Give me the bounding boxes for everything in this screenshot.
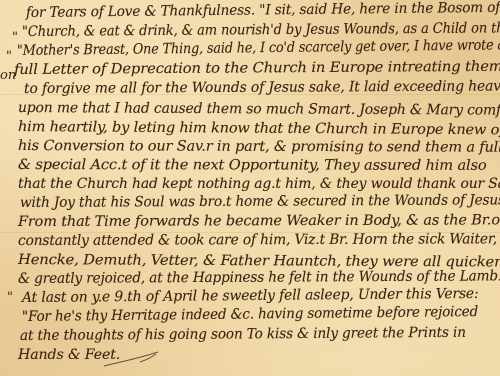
manuscript-line: to forgive me all for the Wounds of Jesu… [24,78,500,97]
manuscript-line: & greatly rejoiced, at the Happiness he … [18,268,500,287]
manuscript-line: From that Time forwards he became Weaker… [18,212,500,230]
manuscript-line: "Mother's Breast, One Thing, said he, I … [17,37,500,59]
manuscript-line: for Tears of Love & Thankfulness. "I sit… [26,0,500,21]
manuscript-page: " " on " for Tears of Love & Thankfulnes… [0,0,500,376]
margin-quote-mark: " [7,290,13,305]
manuscript-line: his Conversion to our Sav.r in part, & p… [18,138,500,156]
manuscript-line: constantly attended & took care of him, … [18,231,497,249]
manuscript-line: that the Church had kept nothing ag.t hi… [18,176,500,192]
manuscript-line: "Church, & eat & drink, & am nourish'd b… [22,20,500,40]
manuscript-line: Hencke, Demuth, Vetter, & Father Hauntch… [18,252,500,270]
manuscript-line: at the thoughts of his going soon To kis… [20,325,466,344]
manuscript-line: with Joy that his Soul was bro.t home & … [20,192,500,211]
manuscript-line: upon me that I had caused them so much S… [18,100,500,119]
margin-quote-mark: " [6,49,12,64]
ink-flourish [100,340,170,370]
manuscript-line: At last on y.e 9.th of April he sweetly … [22,286,479,306]
manuscript-line: "For he's thy Herritage indeed &c. havin… [22,304,478,325]
manuscript-line: full Letter of Deprecation to the Church… [14,59,500,78]
manuscript-line: & special Acc.t of it the next Opportuni… [18,157,487,174]
manuscript-line: him heartily, by leting him know that th… [18,119,500,138]
